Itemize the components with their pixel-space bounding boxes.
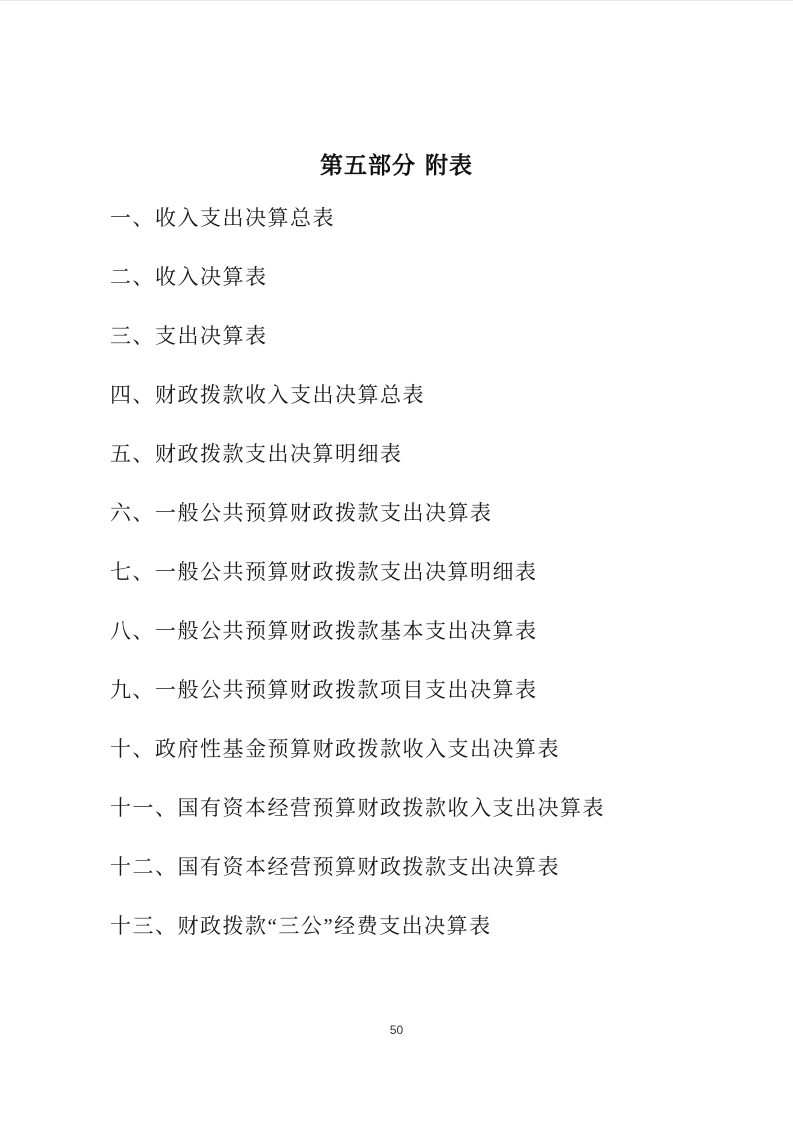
list-item: 一、收入支出决算总表: [110, 189, 743, 248]
list-item: 二、收入决算表: [110, 248, 743, 307]
list-item: 十三、财政拨款“三公”经费支出决算表: [110, 897, 743, 956]
list-item: 五、财政拨款支出决算明细表: [110, 425, 743, 484]
document-page: 第五部分 附表 一、收入支出决算总表 二、收入决算表 三、支出决算表 四、财政拨…: [0, 0, 793, 1122]
list-item: 六、一般公共预算财政拨款支出决算表: [110, 484, 743, 543]
appendix-table-list: 一、收入支出决算总表 二、收入决算表 三、支出决算表 四、财政拨款收入支出决算总…: [110, 189, 743, 956]
page-title: 第五部分 附表: [0, 147, 793, 180]
list-item: 十一、国有资本经营预算财政拨款收入支出决算表: [110, 779, 743, 838]
list-item: 九、一般公共预算财政拨款项目支出决算表: [110, 661, 743, 720]
list-item: 三、支出决算表: [110, 307, 743, 366]
list-item: 七、一般公共预算财政拨款支出决算明细表: [110, 543, 743, 602]
page-number: 50: [0, 1023, 793, 1037]
list-item: 八、一般公共预算财政拨款基本支出决算表: [110, 602, 743, 661]
list-item: 十二、国有资本经营预算财政拨款支出决算表: [110, 838, 743, 897]
list-item: 四、财政拨款收入支出决算总表: [110, 366, 743, 425]
list-item: 十、政府性基金预算财政拨款收入支出决算表: [110, 720, 743, 779]
